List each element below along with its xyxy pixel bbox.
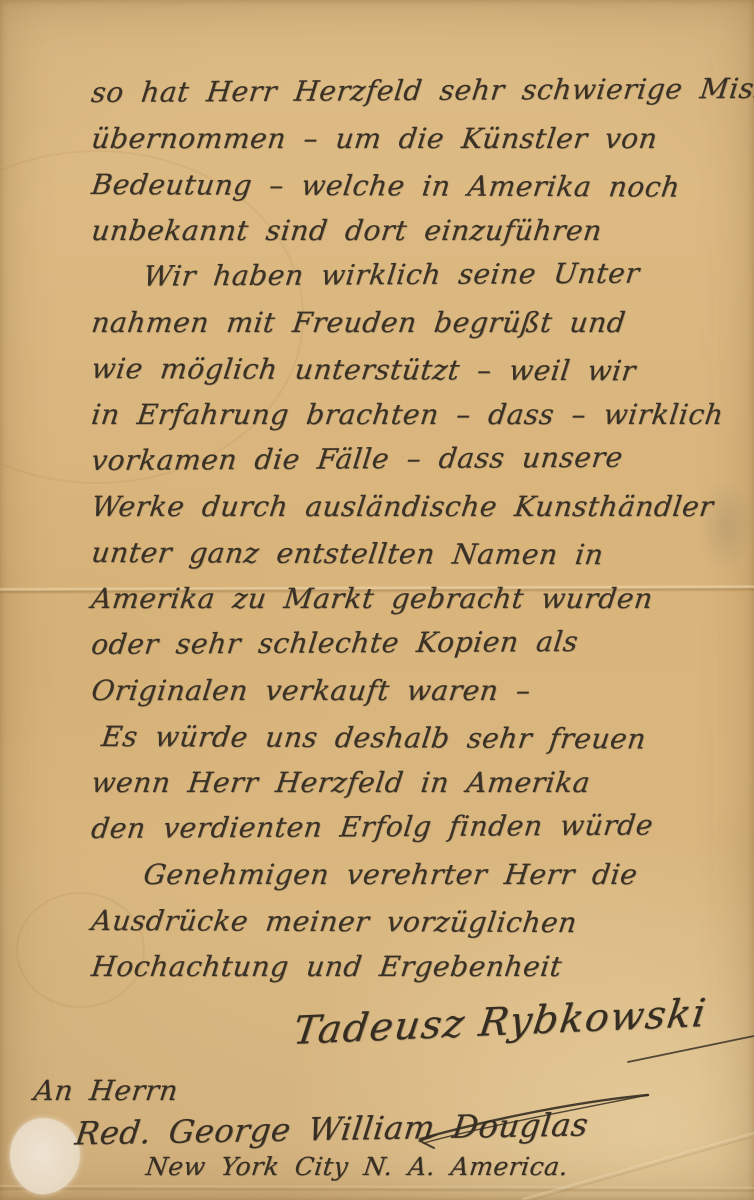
letter-line-14: Originalen verkauft waren – [88, 674, 754, 720]
letter-line-07: wie möglich unterstützt – weil wir [88, 352, 754, 401]
letter-line-19: Ausdrücke meiner vorzüglichen [88, 904, 754, 953]
letter-line-05: Wir haben wirklich seine Unter [88, 256, 754, 306]
letter-body: so hat Herr Herzfeld sehr schwierige Mis… [88, 76, 754, 996]
letter-line-09: vorkamen die Fälle – dass unsere [88, 440, 754, 490]
letter-line-03: Bedeutung – welche in Amerika noch [88, 168, 754, 217]
letter-line-10: Werke durch ausländische Kunsthändler [88, 490, 754, 536]
letter-line-08: in Erfahrung brachten – dass – wirklich [88, 398, 754, 444]
letter-line-16: wenn Herr Herzfeld in Amerika [88, 766, 754, 812]
letter-line-02: übernommen – um die Künstler von [88, 122, 754, 168]
letter-line-11: unter ganz entstellten Namen in [88, 536, 754, 585]
letter-line-12: Amerika zu Markt gebracht wurden [88, 582, 754, 628]
letter-line-13: oder sehr schlechte Kopien als [88, 624, 754, 674]
address-line-1: An Herrn [32, 1074, 180, 1107]
letter-line-06: nahmen mit Freuden begrüßt und [88, 306, 754, 352]
letter-line-15: Es würde uns deshalb sehr freuen [88, 720, 754, 769]
letter-line-17: den verdienten Erfolg finden würde [88, 808, 754, 858]
letter-line-18: Genehmigen verehrter Herr die [88, 858, 754, 904]
letter-line-01: so hat Herr Herzfeld sehr schwierige Mis… [88, 72, 754, 122]
address-line-3: New York City N. A. America. [144, 1152, 570, 1181]
letter-page: so hat Herr Herzfeld sehr schwierige Mis… [0, 0, 754, 1200]
signature-text: Tadeusz Rybkowski [291, 991, 710, 1054]
address-line-2: Red. George William Douglas [73, 1106, 590, 1153]
signature-flourish [628, 1036, 754, 1062]
letter-line-20: Hochachtung und Ergebenheit [88, 950, 754, 996]
letter-line-04: unbekannt sind dort einzuführen [88, 214, 754, 260]
fold-crease-bottom [0, 1185, 754, 1193]
